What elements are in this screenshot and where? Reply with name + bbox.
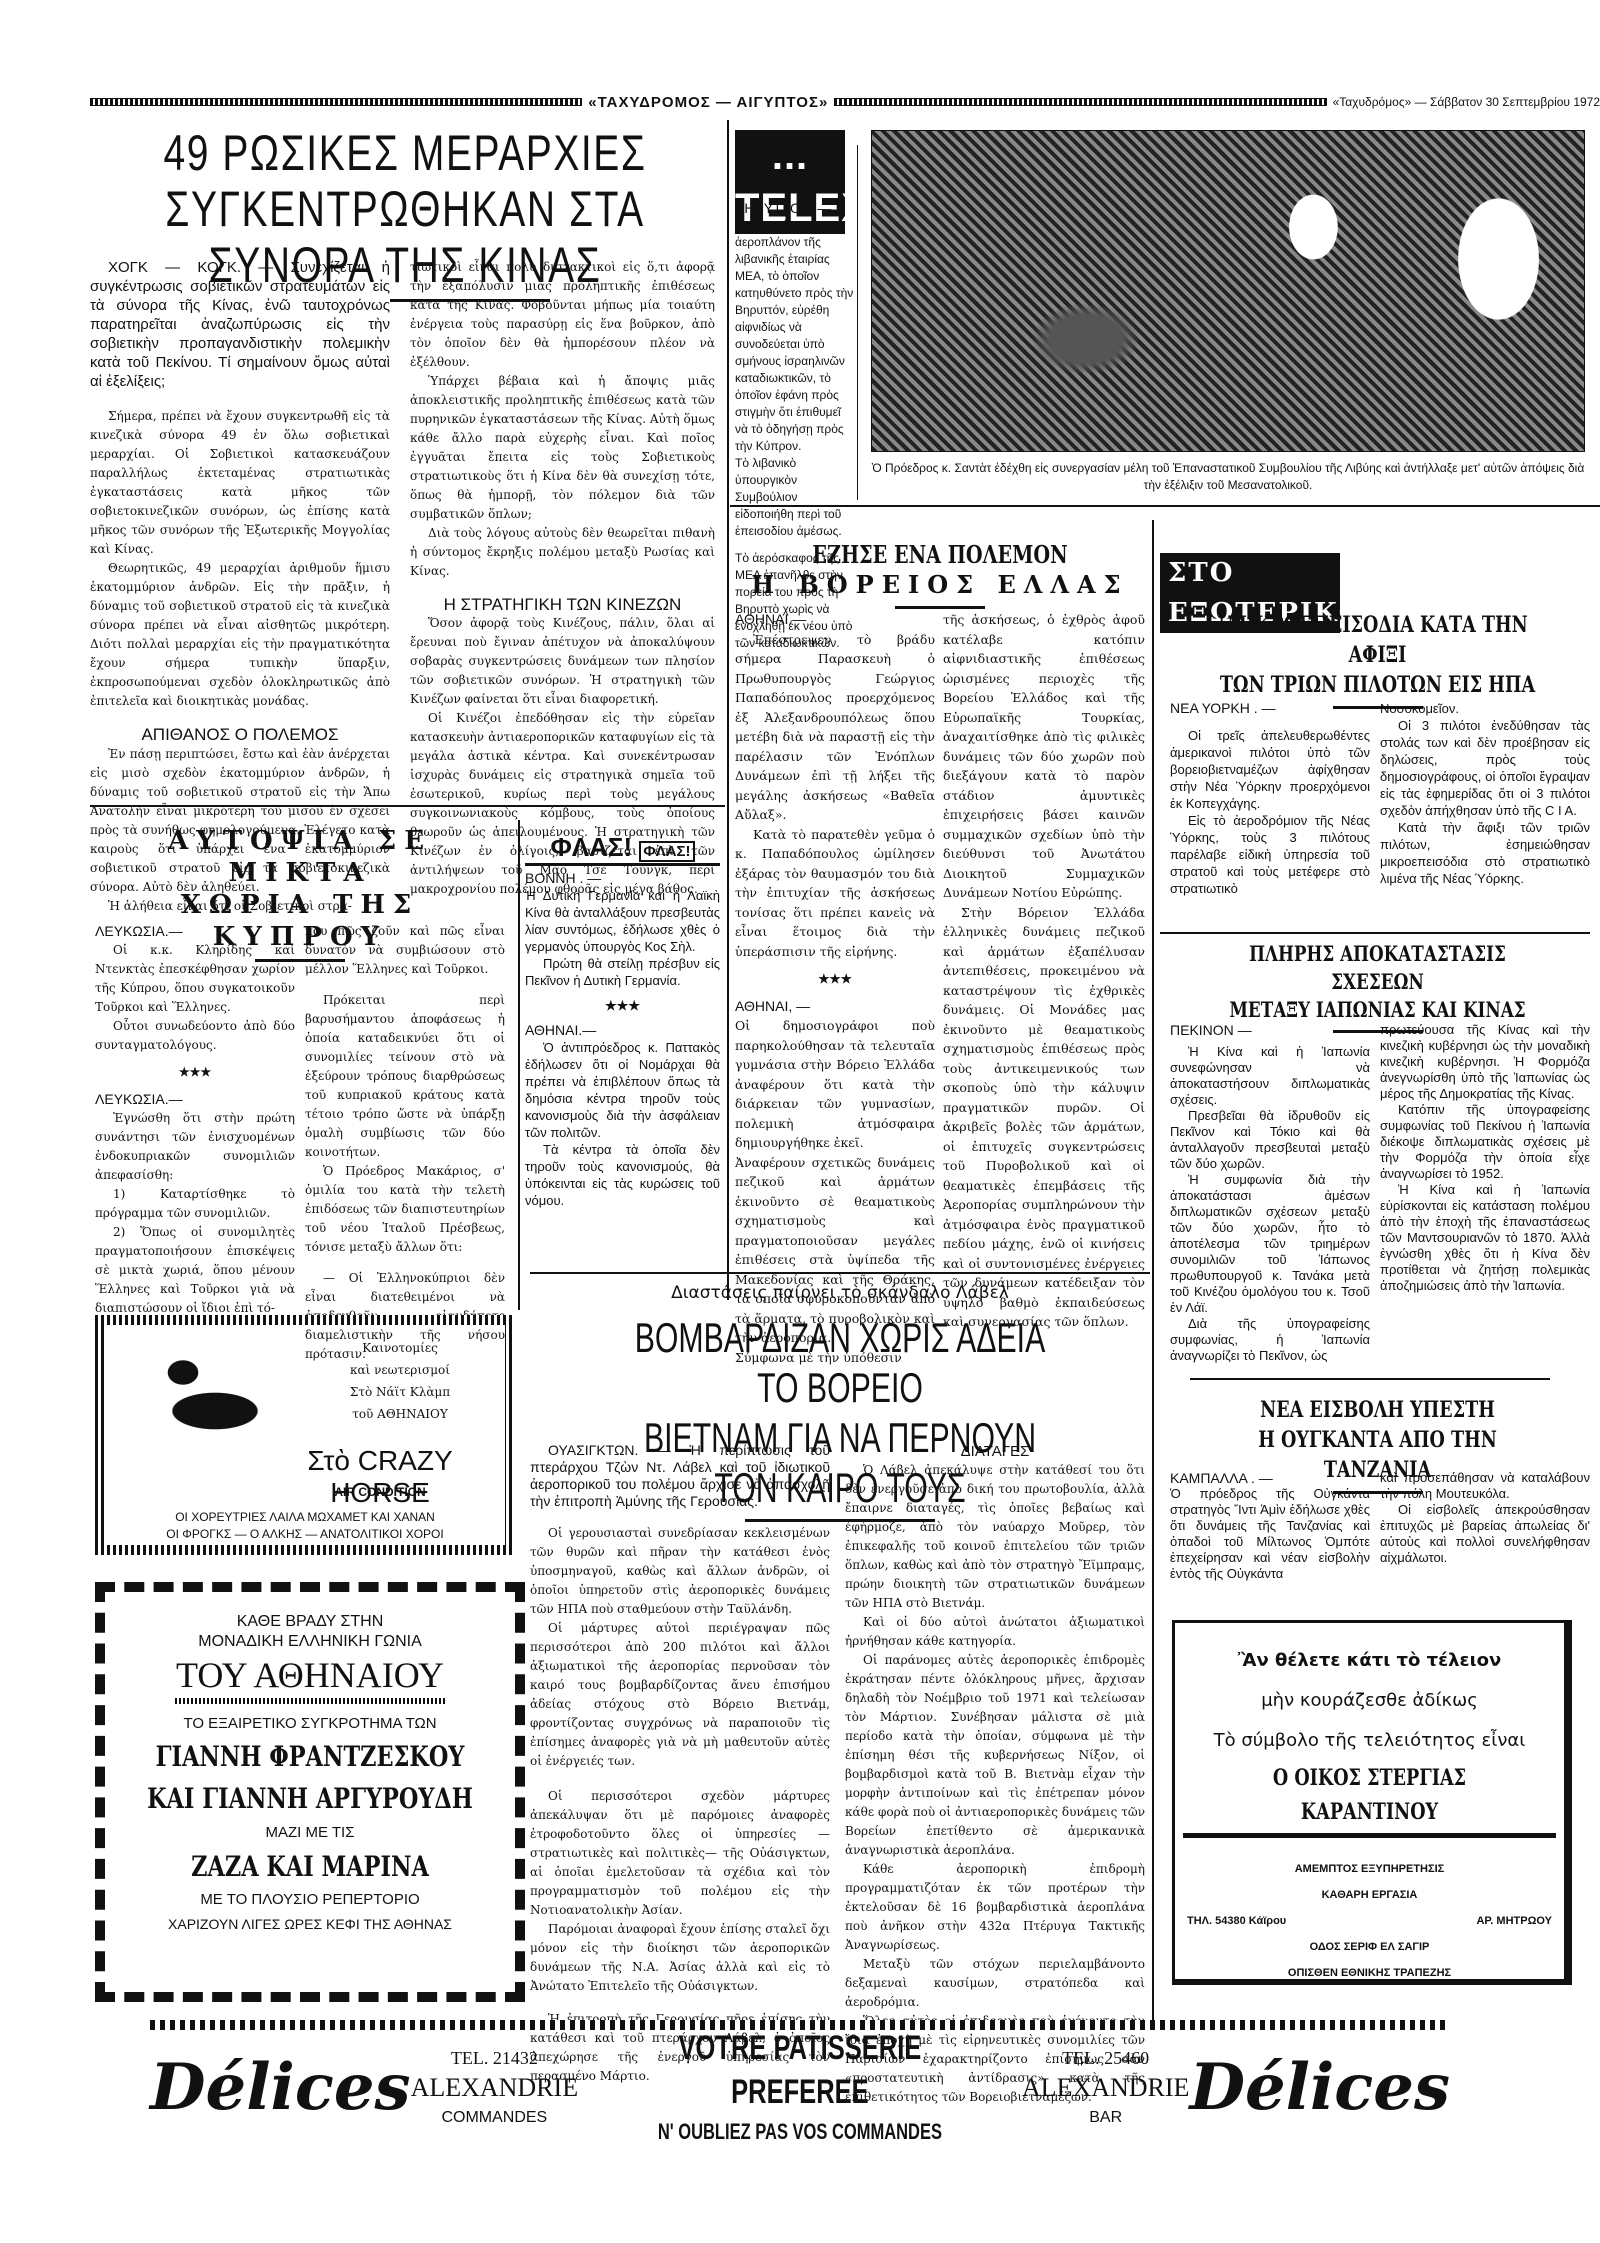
- flash-label-small: ΦΛΑΣ!: [639, 841, 694, 862]
- paragraph: Οἱ δημοσιογράφοι ποὺ παρηκολούθησαν τὰ τ…: [735, 1016, 935, 1153]
- cyprus-col-2: που πῶς ζοῦν καὶ πῶς εἶναι δυνατὸν νὰ συ…: [305, 922, 505, 1364]
- paragraph: Πρόκειται περὶ βαρυσήμαντου ἀποφάσεως ἡ …: [305, 991, 505, 1162]
- karantinou-ad: Ἂν θέλετε κάτι τὸ τέλειον μὴν κουράζεσθε…: [1172, 1620, 1572, 1985]
- cyprus-col-1: ΛΕΥΚΩΣΙΑ.— Οἱ κ.κ. Κληρίδης καὶ Ντενκτὰς…: [95, 922, 295, 1318]
- ad-line: ΚΑΘΑΡΗ ΕΡΓΑΣΙΑ: [1175, 1882, 1564, 1908]
- subheading: ΔΙΑΤΑΓΕΣ: [845, 1442, 1145, 1461]
- paragraph: Ὑπάρχει βέβαια καὶ ἡ ἄποψις μιᾶς ἀποκλει…: [410, 372, 715, 524]
- dateline: ΒΟΝΝΗ . —: [525, 870, 720, 887]
- athinaiou-name: ΤΟΥ ΑΘΗΝΑΙΟΥ: [105, 1652, 515, 1698]
- paragraph: Ἡ Δυτικὴ Γερμανία καὶ ἡ Λαϊκὴ Κίνα θὰ ἀν…: [525, 887, 720, 955]
- lavelle-col-2: ΔΙΑΤΑΓΕΣ Ὁ Λάβελ ἀπεκάλυψε στὴν κατάθεσί…: [845, 1442, 1145, 2107]
- crazy-horse-name: Στὸ CRAZY HORSE: [255, 1445, 505, 1509]
- pilots-col-1: ΝΕΑ ΥΟΡΚΗ . — Οἱ τρεῖς ἀπελευθερωθέντες …: [1170, 700, 1370, 897]
- ad-phone: TEL. 25460: [1022, 2043, 1190, 2073]
- crazy-horse-ad: Καινοτομίες καὶ νεωτερισμοί Στὸ Νάϊτ Κλὰ…: [95, 1315, 515, 1555]
- ad-rule: [1183, 1833, 1556, 1838]
- separator-stars: ★★★: [95, 1063, 295, 1082]
- paragraph: Νοσοκομεῖον.: [1380, 700, 1590, 717]
- dateline: ΝΕΑ ΥΟΡΚΗ . —: [1170, 700, 1370, 717]
- subheading: ΑΠΙΘΑΝΟΣ Ο ΠΟΛΕΜΟΣ: [90, 725, 390, 745]
- paragraph: Κατὰ τὸ παρατεθὲν γεῦμα ὁ κ. Παπαδόπουλο…: [735, 825, 935, 962]
- dateline: ΛΕΥΚΩΣΙΑ.—: [95, 922, 295, 941]
- paragraph: Παρόμοιαι ἀναφοραὶ ἔχουν ἐπίσης σταλεῖ ὄ…: [530, 1920, 830, 1996]
- subheading: Η ΣΤΡΑΤΗΓΙΚΗ ΤΩΝ ΚΙΝΕΖΩΝ: [410, 595, 715, 614]
- ad-line: ΑΜΕΜΠΤΟΣ ΕΞΥΠΗΡΕΤΗΣΙΣ: [1175, 1856, 1564, 1882]
- lead-intro: ΧΟΓΚ — ΚΟΓΚ. — Συνεχίζεται ἡ συγκέντρωσι…: [90, 258, 390, 391]
- ad-sub: COMMANDES: [411, 2103, 579, 2133]
- ad-line: ΜΑΖΙ ΜΕ ΤΙΣ: [105, 1820, 515, 1846]
- section-divider: [530, 1272, 1150, 1274]
- japan-headline-1: ΠΛΗΡΗΣ ΑΠΟΚΑΤΑΣΤΑΣΙΣ ΣΧΕΣΕΩΝ: [1204, 940, 1552, 996]
- column-divider: [1152, 520, 1154, 2030]
- paragraph: Πρεσβεῖαι θὰ ἱδρυθοῦν εἰς Πεκῖνον καὶ Τό…: [1170, 1108, 1370, 1172]
- paragraph: Οὗτοι συνωδεύοντο ἀπὸ δύο συνταγματολόγο…: [95, 1017, 295, 1055]
- section-divider: [1160, 932, 1590, 934]
- dateline: ΑΘΗΝΑΙ, —: [735, 997, 935, 1017]
- paragraph: Οἱ κ.κ. Κληρίδης καὶ Ντενκτὰς ἐπεσκέφθησ…: [95, 941, 295, 1017]
- ad-address: ΟΔΟΣ ΣΕΡΙΦ ΕΛ ΣΑΓΙΡ: [1175, 1934, 1564, 1960]
- paragraph: Ἡ Κίνα καὶ ἡ Ἰαπωνία συνεφώνησαν νὰ ἀποκ…: [1170, 1044, 1370, 1108]
- issue-date: «Ταχυδρόμος» — Σάββατον 30 Σεπτεμβρίου 1…: [1333, 95, 1600, 109]
- ad-line: Τὸ σύμβολο τῆς τελειότητος εἶναι: [1175, 1721, 1564, 1761]
- air-condition: AIR CONDITION: [255, 1485, 505, 1499]
- paragraph: 1) Καταρτίσθηκε τὸ πρόγραμμα τῶν συνομιλ…: [95, 1185, 295, 1223]
- flash-label-big: ΦΛΑΣ!: [550, 832, 632, 862]
- delices-logo-left: Délices: [150, 2053, 411, 2123]
- ad-line: μὴν κουράζεσθε ἀδίκως: [1175, 1681, 1564, 1721]
- column-divider: [518, 820, 520, 1310]
- paragraph: ΟΥΑΣΙΓΚΤΩΝ. — Ἡ περίπτωσις τοῦ πτεράρχου…: [530, 1442, 830, 1510]
- ad-rule: [175, 1698, 445, 1704]
- ad-line: Καινοτομίες: [315, 1337, 485, 1359]
- lead-headline-1: 49 ΡΩΣΙΚΕΣ ΜΕΡΑΡΧΙΕΣ: [159, 125, 650, 181]
- paragraph: Διὰ τῆς ὑπογραφείσης συμφωνίας, ἡ Ἰαπωνί…: [1170, 1316, 1370, 1364]
- paragraph: Στὴν Βόρειον Ἑλλάδα ἑλληνικὲς δυνάμεις π…: [943, 903, 1145, 1332]
- paragraph: πρωτεύουσα τῆς Κίνας καὶ τὴν κινεζικὴ κυ…: [1380, 1022, 1590, 1102]
- dateline: ΑΘΗΝΑΙ.—: [735, 610, 935, 630]
- news-photo: [871, 130, 1585, 452]
- lavelle-headline-1: ΒΟΜΒΑΡΔΙΖΑΝ ΧΩΡΙΣ ΑΔΕΙΑ ΤΟ ΒΟΡΕΙΟ: [617, 1313, 1063, 1413]
- ad-sub: BAR: [1022, 2103, 1190, 2133]
- section-divider: [1190, 1378, 1550, 1380]
- ad-line: τοῦ ΑΘΗΝΑΙΟΥ: [315, 1403, 485, 1425]
- paragraph: Ὁ πρόεδρος τῆς Οὐγκάντα στρατηγὸς Ἴντι Ἀ…: [1170, 1486, 1370, 1582]
- section-divider: [730, 505, 1600, 507]
- greece-article: ΕΖΗΣΕ ΕΝΑ ΠΟΛΕΜΟΝ Η ΒΟΡΕΙΟΣ ΕΛΛΑΣ: [735, 540, 1145, 615]
- uganda-col-2: καὶ προσεπάθησαν νὰ καταλάβουν τὴν πόλη …: [1380, 1470, 1590, 1566]
- lead-col-2: τιωτικοὶ εἶναι πολὺ διστακτικοὶ εἰς ὅ,τι…: [410, 258, 715, 899]
- newspaper-title: «ΤΑΧΥΔΡΟΜΟΣ — ΑΙΓΥΠΤΟΣ»: [588, 94, 828, 111]
- delices-logo-right: Délices: [1189, 2053, 1450, 2123]
- ad-line: ΜΕ ΤΟ ΠΛΟΥΣΙΟ ΡΕΠΕΡΤΟΡΙΟ: [105, 1888, 515, 1912]
- separator-stars: ★★★: [735, 969, 935, 989]
- paragraph: Κατόπιν τῆς ὑπογραφείσης συμφωνίας τοῦ Π…: [1380, 1102, 1590, 1182]
- ad-line: ΚΑΘΕ ΒΡΑΔΥ ΣΤΗΝ: [105, 1612, 515, 1632]
- lavelle-col-1: ΟΥΑΣΙΓΚΤΩΝ. — Ἡ περίπτωσις τοῦ πτεράρχου…: [530, 1442, 830, 2086]
- dateline: ΒΗΡΥΤΤΟΣ. —: [735, 200, 855, 217]
- artist-3: ΖΑΖΑ ΚΑΙ ΜΑΡΙΝΑ: [146, 1846, 474, 1888]
- paragraph: 2) Ὅπως οἱ συνομιλητὲς πραγματοποιήσουν …: [95, 1223, 295, 1318]
- delices-tagline: N' OUBLIEZ PAS VOS COMMANDES: [634, 2114, 967, 2150]
- paragraph: Οἱ γερουσιασταὶ συνεδρίασαν κεκλεισμένων…: [530, 1524, 830, 1619]
- dateline: ΚΑΜΠΑΛΛΑ . —: [1170, 1470, 1370, 1486]
- ad-city: ALEXANDRIE: [411, 2073, 579, 2103]
- dateline: ΑΘΗΝΑΙ.—: [525, 1022, 720, 1039]
- greece-headline-1: ΕΖΗΣΕ ΕΝΑ ΠΟΛΕΜΟΝ: [776, 540, 1104, 570]
- paragraph: Εἰς τὸ ἀεροδρόμιον τῆς Νέας Ὑόρκης, τοὺς…: [1170, 812, 1370, 897]
- dateline: ΠΕΚΙΝΟΝ —: [1170, 1022, 1370, 1038]
- column-divider: [727, 120, 729, 1300]
- paragraph: Οἱ τρεῖς ἀπελευθερωθέντες ἀμερικανοὶ πιλ…: [1170, 727, 1370, 812]
- paragraph: Κάθε ἀεροπορικὴ ἐπιδρομὴ προγραμματιζότα…: [845, 1860, 1145, 1955]
- delices-slogan: VOTRE PATISSERIE PREFEREE: [634, 2026, 967, 2114]
- headline-rule: [895, 606, 985, 609]
- ad-phone: ΤΗΛ. 54380 Κάϊρου: [1187, 1908, 1286, 1934]
- greece-col-1: ΑΘΗΝΑΙ.— Ἐπέστρεψεν τὸ βράδυ σήμερα Παρα…: [735, 610, 935, 1367]
- ad-line: Ἂν θέλετε κάτι τὸ τέλειον: [1175, 1641, 1564, 1681]
- masthead-rule-right: [834, 98, 1326, 106]
- paragraph: Καὶ οἱ δύο αὐτοὶ ἀνώτατοι ἀξιωματικοὶ ἠρ…: [845, 1613, 1145, 1651]
- ad-line: ΧΑΡΙΖΟΥΝ ΛΙΓΕΣ ΩΡΕΣ ΚΕΦΙ ΤΗΣ ΑΘΗΝΑΣ: [105, 1912, 515, 1936]
- pilots-col-2: Νοσοκομεῖον. Οἱ 3 πιλότοι ἐνεδύθησαν τὰς…: [1380, 700, 1590, 887]
- paragraph: Οἱ παράνομες αὐτὲς ἀεροπορικὲς ἐπιδρομὲς…: [845, 1651, 1145, 1860]
- ad-dancers: ΟΙ ΧΟΡΕΥΤΡΙΕΣ ΛΑΙΛΑ ΜΩΧΑΜΕΤ ΚΑΙ ΧΑΝΑΝ: [105, 1510, 505, 1524]
- uganda-col-1: ΚΑΜΠΑΛΛΑ . — Ὁ πρόεδρος τῆς Οὐγκάντα στρ…: [1170, 1470, 1370, 1582]
- paragraph: Τὸ λιβανικὸ ὑπουργικὸν Συμβούλιον εἰδοπο…: [735, 455, 855, 540]
- japan-headline-2: ΜΕΤΑΞΥ ΙΑΠΩΝΙΑΣ ΚΑΙ ΚΙΝΑΣ: [1204, 996, 1552, 1024]
- flash-banner: ΦΛΑΣ! ΦΛΑΣ!: [525, 832, 720, 866]
- paragraph: Οἱ 3 πιλότοι ἐνεδύθησαν τὰς στολάς των κ…: [1380, 717, 1590, 819]
- lead-col-1: ΧΟΓΚ — ΚΟΓΚ. — Συνεχίζεται ἡ συγκέντρωσι…: [90, 258, 390, 916]
- paragraph: Οἱ μάρτυρες αὐτοὶ περιέγραψαν πῶς περισσ…: [530, 1619, 830, 1771]
- cyprus-headline-1: ΑΥΤΟΨΙΑ ΣΕ ΜΙΚΤΑ: [90, 825, 510, 889]
- paragraph: Κατὰ τὴν ἄφιξι τῶν τριῶν πιλότων, ἐσημει…: [1380, 819, 1590, 887]
- separator-stars: ★★★: [525, 997, 720, 1014]
- ad-line: ΜΟΝΑΔΙΚΗ ΕΛΛΗΝΙΚΗ ΓΩΝΙΑ: [105, 1632, 515, 1652]
- pilots-headline-2: ΤΩΝ ΤΡΙΩΝ ΠΙΛΟΤΩΝ ΕΙΣ ΗΠΑ: [1204, 670, 1552, 700]
- paragraph: Ἐπέστρεψεν τὸ βράδυ σήμερα Παρασκευὴ ὁ Π…: [735, 630, 935, 825]
- paragraph: Ἡ Κίνα καὶ ἡ Ἰαπωνία εὑρίσκονται εἰς κατ…: [1380, 1182, 1590, 1294]
- paragraph: τιωτικοὶ εἶναι πολὺ διστακτικοὶ εἰς ὅ,τι…: [410, 258, 715, 372]
- paragraph: Τὰ κέντρα τὰ ὁποῖα δὲν τηροῦν τοὺς κανον…: [525, 1141, 720, 1209]
- paragraph: Μεταξὺ τῶν στόχων περιελαμβάνοντο δεξαμε…: [845, 1955, 1145, 2012]
- japan-col-1: ΠΕΚΙΝΟΝ — Ἡ Κίνα καὶ ἡ Ἰαπωνία συνεφώνησ…: [1170, 1022, 1370, 1364]
- ad-line: Στὸ Νάϊτ Κλὰμπ: [315, 1381, 485, 1403]
- flash-column: ΒΟΝΝΗ . — Ἡ Δυτικὴ Γερμανία καὶ ἡ Λαϊκὴ …: [525, 870, 720, 1209]
- paragraph: που πῶς ζοῦν καὶ πῶς εἶναι δυνατὸν νὰ συ…: [305, 922, 505, 979]
- ad-line: ΤΟ ΕΞΑΙΡΕΤΙΚΟ ΣΥΓΚΡΟΤΗΜΑ ΤΩΝ: [105, 1712, 515, 1736]
- greece-col-2: τῆς ἀσκήσεως, ὁ ἐχθρὸς ἀφοῦ κατέλαβε κατ…: [943, 610, 1145, 1332]
- paragraph: Ἐπιβατικὸ ἀεροπλάνον τῆς λιβανικῆς ἑταιρ…: [735, 217, 855, 455]
- paragraph: Ἡ συμφωνία διὰ τὴν ἀποκατάστασι ἀμέσων δ…: [1170, 1172, 1370, 1316]
- paragraph: Διὰ τοὺς λόγους αὐτοὺς δὲν θεωρεῖται πιθ…: [410, 524, 715, 581]
- uganda-headline-1: ΝΕΑ ΕΙΣΒΟΛΗ ΥΠΕΣΤΗ: [1204, 1395, 1552, 1425]
- artist-1: ΓΙΑΝΝΗ ΦΡΑΝΤΖΕΣΚΟΥ: [146, 1736, 474, 1778]
- ad-acts: ΟΙ ΦΡΟΓΚΣ — Ο ΑΛΚΗΣ — ΑΝΑΤΟΛΙΤΙΚΟΙ ΧΟΡΟΙ: [105, 1527, 505, 1541]
- lavelle-kicker: Διαστάσεις παίρνει τὸ σκάνδαλο Λάβελ: [530, 1283, 1150, 1303]
- athinaiou-ad: ΚΑΘΕ ΒΡΑΔΥ ΣΤΗΝ ΜΟΝΑΔΙΚΗ ΕΛΛΗΝΙΚΗ ΓΩΝΙΑ …: [95, 1582, 525, 2002]
- paragraph: καὶ προσεπάθησαν νὰ καταλάβουν τὴν πόλη …: [1380, 1470, 1590, 1502]
- ad-line: καὶ νεωτερισμοί: [315, 1359, 485, 1381]
- japan-col-2: πρωτεύουσα τῆς Κίνας καὶ τὴν κινεζικὴ κυ…: [1380, 1022, 1590, 1294]
- ad-registry: ΑΡ. ΜΗΤΡΩΟΥ: [1476, 1908, 1552, 1934]
- paragraph: Ἐγνώσθη ὅτι στὴν πρώτη συνάντησι τῶν ἐνι…: [95, 1109, 295, 1185]
- dateline: ΛΕΥΚΩΣΙΑ.—: [95, 1090, 295, 1109]
- greece-headline-2: Η ΒΟΡΕΙΟΣ ΕΛΛΑΣ: [735, 570, 1145, 600]
- photo-caption: Ὁ Πρόεδρος κ. Σαντὰτ ἐδέχθη εἰς συνεργασ…: [871, 460, 1585, 494]
- karantinou-name: Ο ΟΙΚΟΣ ΣΤΕΡΓΙΑΣ ΚΑΡΑΝΤΙΝΟΥ: [1214, 1761, 1525, 1829]
- delices-ad: Délices TEL. 21432 ALEXANDRIE COMMANDES …: [150, 2038, 1450, 2138]
- paragraph: Ὁ Πρόεδρος Μακάριος, σ' ὁμιλία του κατὰ …: [305, 1162, 505, 1257]
- paragraph: τῆς ἀσκήσεως, ὁ ἐχθρὸς ἀφοῦ κατέλαβε κατ…: [943, 610, 1145, 903]
- paragraph: Ὅσον ἀφορᾷ τοὺς Κινέζους, πάλιν, ὅλαι αἱ…: [410, 614, 715, 709]
- paragraph: Ὁ ἀντιπρόεδρος κ. Παττακὸς ἐδήλωσεν ὅτι …: [525, 1039, 720, 1141]
- paragraph: Οἱ εἰσβολεῖς ἀπεκρούσθησαν ἐπιτυχῶς μὲ β…: [1380, 1502, 1590, 1566]
- paragraph: Οἱ περισσότεροι σχεδὸν μάρτυρες ἀπεκάλυψ…: [530, 1787, 830, 1920]
- pilots-headline-1: ΜΙΚΡΟΕΠΕΙΣΟΔΙΑ ΚΑΤΑ ΤΗΝ ΑΦΙΞΙ: [1204, 610, 1552, 670]
- ad-city: ALEXANDRIE: [1022, 2073, 1190, 2103]
- column-divider: [857, 145, 858, 500]
- paragraph: Σήμερα, πρέπει νὰ ἔχουν συγκεντρωθῆ εἰς …: [90, 407, 390, 559]
- ad-phone: TEL. 21432: [411, 2043, 579, 2073]
- paragraph: Πρώτη θὰ στείλῃ πρέσβυν εἰς Πεκῖνον ἡ Δυ…: [525, 955, 720, 989]
- horse-illustration: [135, 1345, 295, 1455]
- paragraph: Ὁ Λάβελ ἀπεκάλυψε στὴν κατάθεσί του ὅτι …: [845, 1461, 1145, 1613]
- artist-2: ΚΑΙ ΓΙΑΝΝΗ ΑΡΓΥΡΟΥΔΗ: [146, 1778, 474, 1820]
- paragraph: Θεωρητικῶς, 49 μεραρχίαι ἀριθμοῦν ἥμισυ …: [90, 559, 390, 711]
- masthead: «ΤΑΧΥΔΡΟΜΟΣ — ΑΙΓΥΠΤΟΣ» «Ταχυδρόμος» — Σ…: [90, 90, 1600, 114]
- section-divider: [90, 805, 725, 807]
- masthead-rule-left: [90, 98, 582, 106]
- ad-landmark: ΟΠΙΣΘΕΝ ΕΘΝΙΚΗΣ ΤΡΑΠΕΖΗΣ: [1175, 1960, 1564, 1986]
